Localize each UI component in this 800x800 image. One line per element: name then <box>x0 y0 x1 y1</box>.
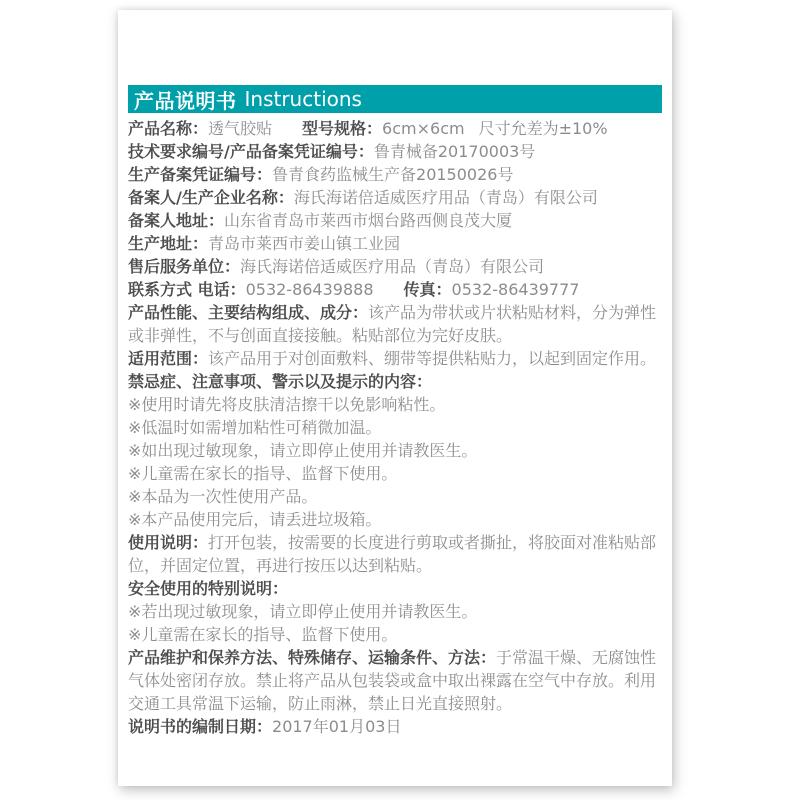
page-title-zh: 产品说明书 <box>134 85 237 114</box>
field-value: 0532-86439888 <box>246 280 374 299</box>
header-bar: 产品说明书 Instructions <box>128 85 662 113</box>
field-value: 海氏海诺倍适威医疗用品（青岛）有限公司 <box>240 257 544 276</box>
field-label: 生产地址： <box>128 234 208 253</box>
text-line: 备案人/生产企业名称：海氏海诺倍适威医疗用品（青岛）有限公司 <box>128 186 662 209</box>
text-line: 技术要求编号/产品备案凭证编号：鲁青械备20170003号 <box>128 140 662 163</box>
text-line: ※儿童需在家长的指导、监督下使用。 <box>128 623 662 646</box>
text-line: ※使用时请先将皮肤清洁擦干以免影响粘性。 <box>128 393 662 416</box>
field-label: 备案人/生产企业名称： <box>128 188 294 207</box>
field-label: 备案人地址： <box>128 211 224 230</box>
field-value: 0532-86439777 <box>452 280 580 299</box>
text-line: 产品性能、主要结构组成、成分：该产品为带状或片状粘贴材料，分为弹性或非弹性，不与… <box>128 301 662 347</box>
field-label: 生产备案凭证编号： <box>128 165 272 184</box>
field-value: 透气胶贴 <box>208 119 272 138</box>
text-line: 适用范围：该产品用于对创面敷料、绷带等提供粘贴力，以起到固定作用。 <box>128 347 662 370</box>
field-value: ※儿童需在家长的指导、监督下使用。 <box>128 464 397 483</box>
field-label: 产品性能、主要结构组成、成分： <box>128 303 368 322</box>
text-line: 产品名称：透气胶贴型号规格：6cm×6cm尺寸允差为±10% <box>128 117 662 140</box>
field-label: 适用范围： <box>128 349 208 368</box>
field-value: ※本产品使用完后，请丢进垃圾箱。 <box>128 510 381 529</box>
text-line: ※低温时如需增加粘性可稍微加温。 <box>128 416 662 439</box>
field-value: 鲁青食药监械生产备20150026号 <box>272 165 513 184</box>
field-value: 鲁青械备20170003号 <box>374 142 535 161</box>
field-value: ※儿童需在家长的指导、监督下使用。 <box>128 625 397 644</box>
field-value: 山东省青岛市莱西市烟台路西侧良茂大厦 <box>224 211 512 230</box>
text-line: ※如出现过敏现象，请立即停止使用并请教医生。 <box>128 439 662 462</box>
text-line: 联系方式 电话：0532-86439888传真：0532-86439777 <box>128 278 662 301</box>
field-label: 型号规格： <box>302 119 382 138</box>
text-line: 说明书的编制日期：2017年01月03日 <box>128 715 662 738</box>
field-label: 使用说明： <box>128 533 208 552</box>
text-line: 售后服务单位：海氏海诺倍适威医疗用品（青岛）有限公司 <box>128 255 662 278</box>
field-label: 联系方式 电话： <box>128 280 246 299</box>
text-line: 禁忌症、注意事项、警示以及提示的内容： <box>128 370 662 393</box>
text-line: 生产地址：青岛市莱西市姜山镇工业园 <box>128 232 662 255</box>
text-line: 产品维护和保养方法、特殊储存、运输条件、方法：于常温干燥、无腐蚀性气体处密闭存放… <box>128 646 662 715</box>
field-label: 产品名称： <box>128 119 208 138</box>
field-label: 售后服务单位： <box>128 257 240 276</box>
field-label: 产品维护和保养方法、特殊储存、运输条件、方法： <box>128 648 496 667</box>
field-label: 技术要求编号/产品备案凭证编号： <box>128 142 374 161</box>
field-value: 海氏海诺倍适威医疗用品（青岛）有限公司 <box>294 188 598 207</box>
text-line: ※若出现过敏现象，请立即停止使用并请教医生。 <box>128 600 662 623</box>
field-value: ※本品为一次性使用产品。 <box>128 487 317 506</box>
text-line: 生产备案凭证编号：鲁青食药监械生产备20150026号 <box>128 163 662 186</box>
field-value: 尺寸允差为±10% <box>479 119 608 138</box>
field-value: 6cm×6cm <box>382 119 465 138</box>
page-title-en: Instructions <box>245 87 362 111</box>
field-value: 打开包装，按需要的长度进行剪取或者撕扯，将胶面对准粘贴部位，并固定位置，再进行按… <box>128 533 656 575</box>
field-value: 该产品用于对创面敷料、绷带等提供粘贴力，以起到固定作用。 <box>208 349 656 368</box>
field-value: ※使用时请先将皮肤清洁擦干以免影响粘性。 <box>128 395 445 414</box>
field-value: 青岛市莱西市姜山镇工业园 <box>208 234 400 253</box>
text-line: 安全使用的特别说明： <box>128 577 662 600</box>
text-line: 使用说明：打开包装，按需要的长度进行剪取或者撕扯，将胶面对准粘贴部位，并固定位置… <box>128 531 662 577</box>
field-value: ※如出现过敏现象，请立即停止使用并请教医生。 <box>128 441 477 460</box>
field-value: ※若出现过敏现象，请立即停止使用并请教医生。 <box>128 602 477 621</box>
text-line: ※本品为一次性使用产品。 <box>128 485 662 508</box>
document-body: 产品名称：透气胶贴型号规格：6cm×6cm尺寸允差为±10%技术要求编号/产品备… <box>128 117 662 738</box>
field-label: 说明书的编制日期： <box>128 717 272 736</box>
instruction-sheet-card: 产品说明书 Instructions 产品名称：透气胶贴型号规格：6cm×6cm… <box>118 10 672 786</box>
field-label: 传真： <box>404 280 452 299</box>
text-line: ※本产品使用完后，请丢进垃圾箱。 <box>128 508 662 531</box>
field-label: 安全使用的特别说明： <box>128 579 288 598</box>
field-value: ※低温时如需增加粘性可稍微加温。 <box>128 418 381 437</box>
text-line: ※儿童需在家长的指导、监督下使用。 <box>128 462 662 485</box>
field-value: 2017年01月03日 <box>272 717 401 736</box>
field-label: 禁忌症、注意事项、警示以及提示的内容： <box>128 372 432 391</box>
text-line: 备案人地址：山东省青岛市莱西市烟台路西侧良茂大厦 <box>128 209 662 232</box>
